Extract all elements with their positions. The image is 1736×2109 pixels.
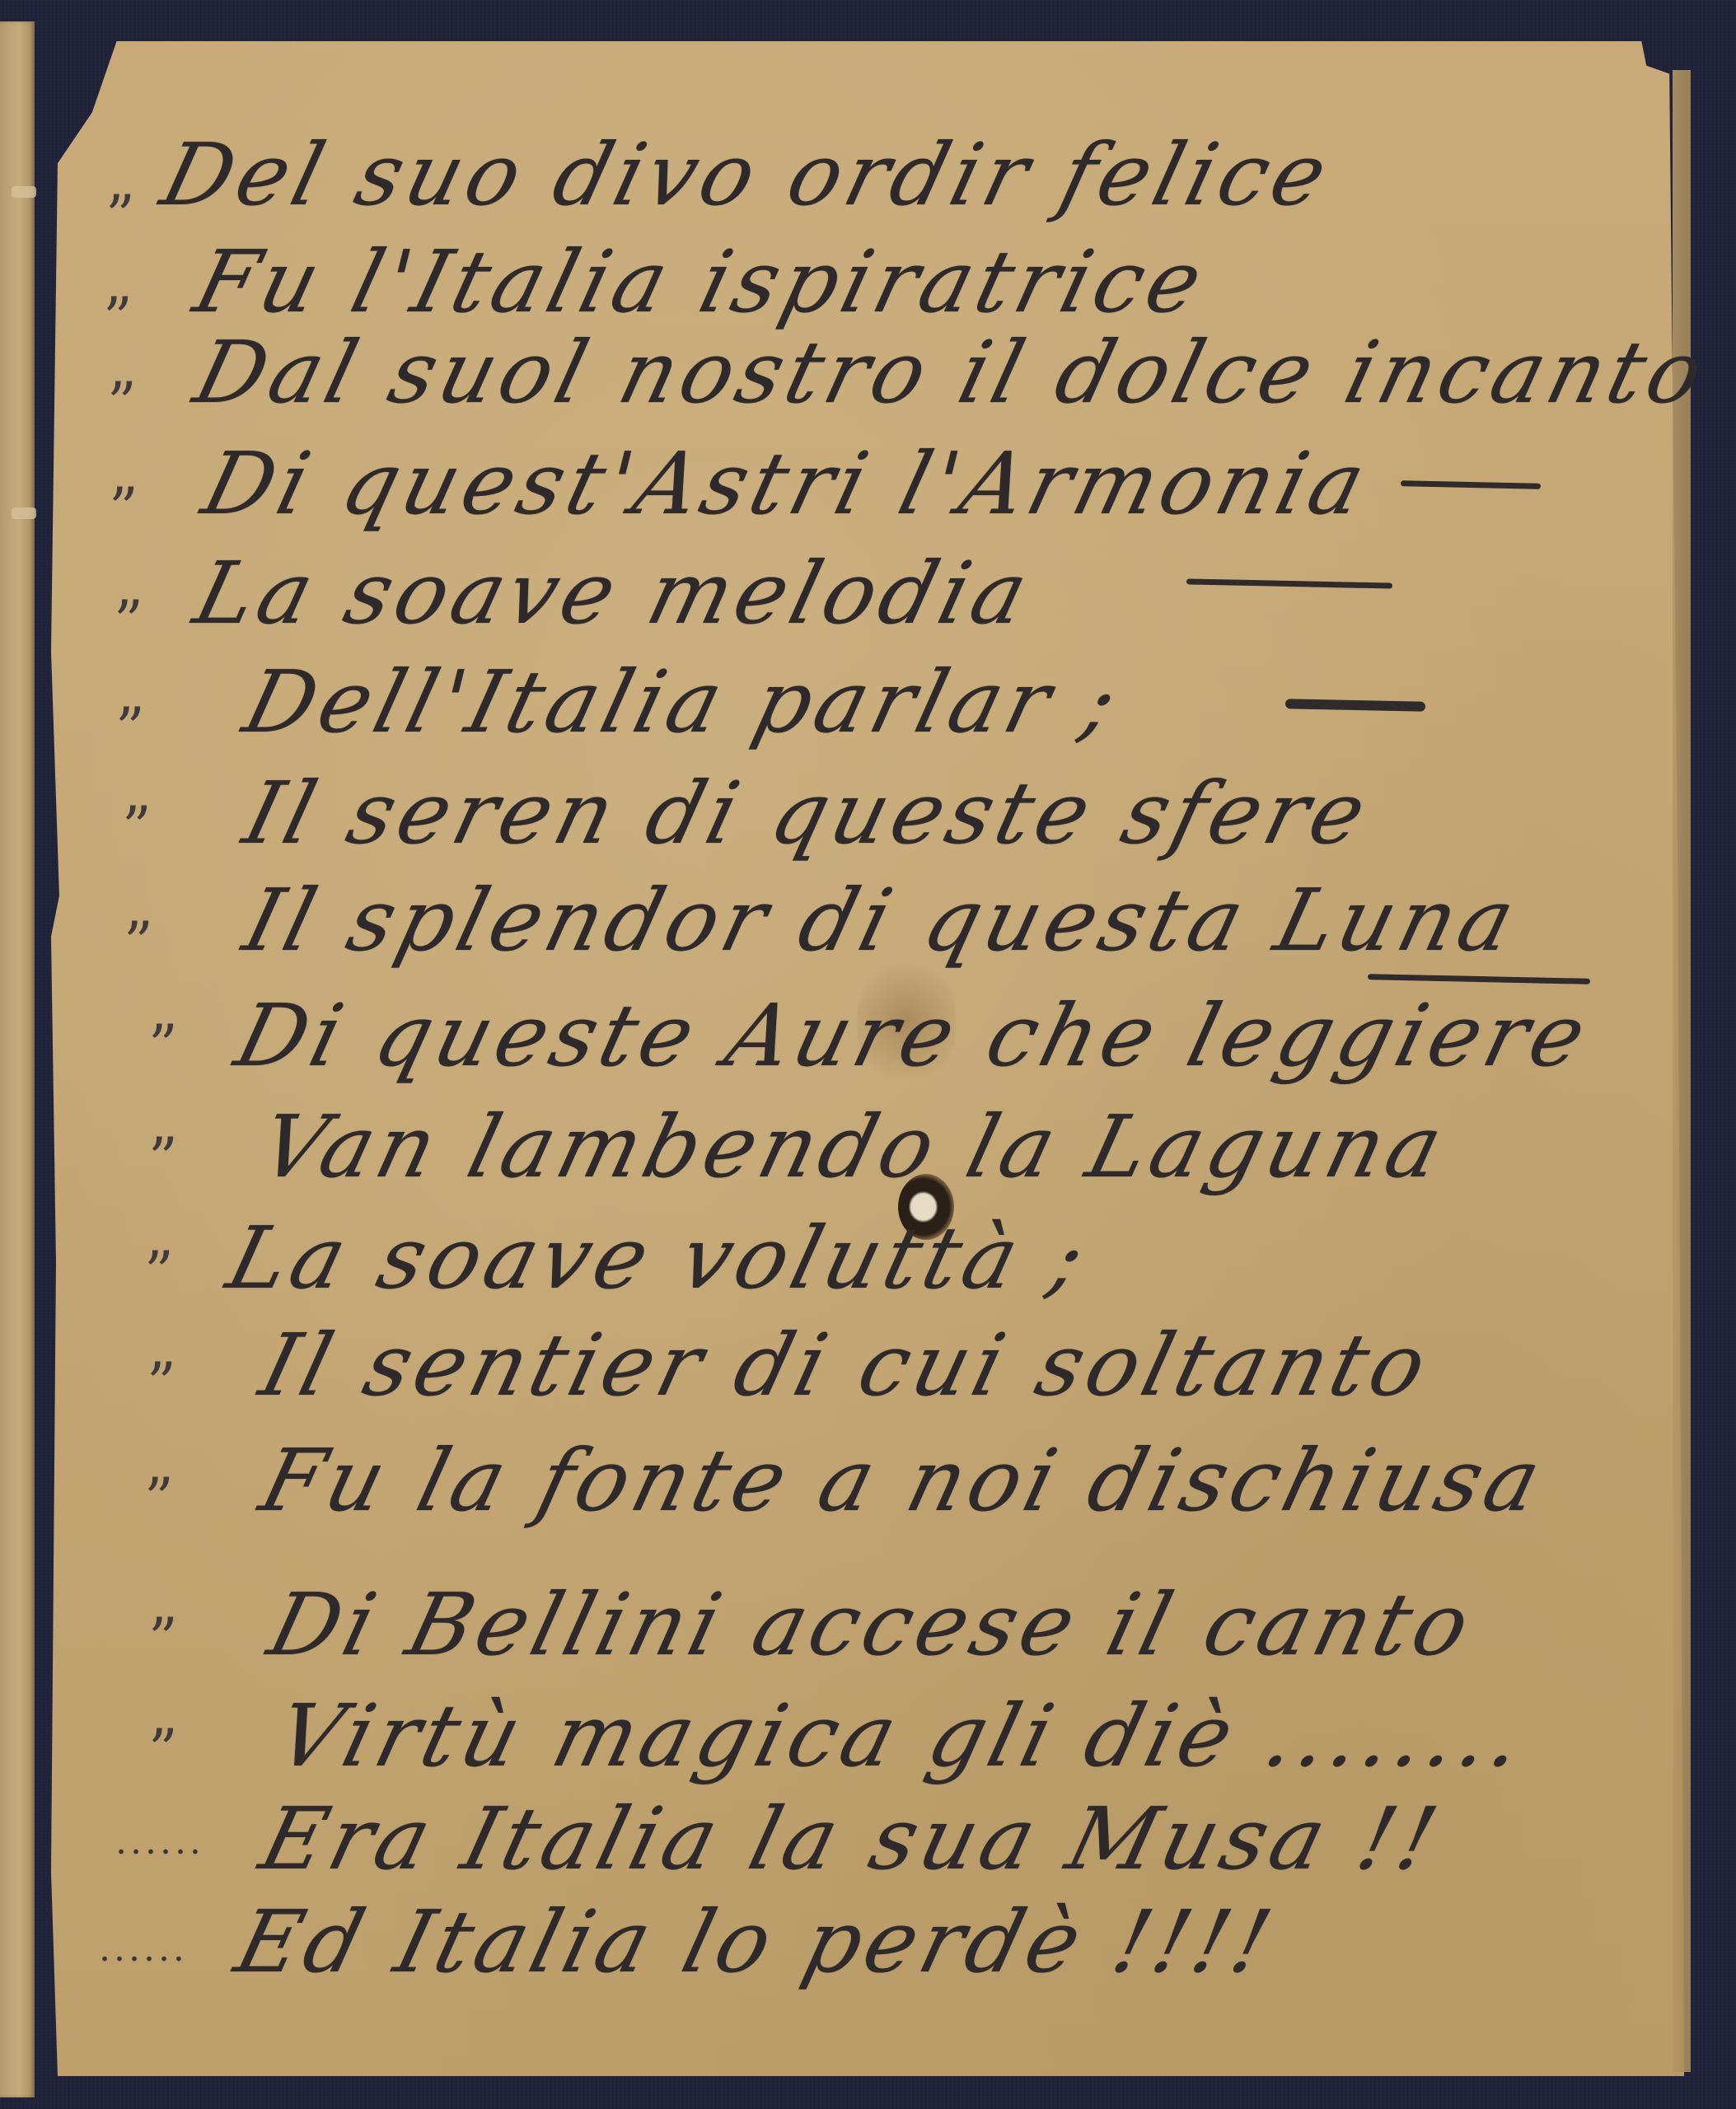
manuscript-line: Il splendor di questa Luna — [236, 877, 1527, 963]
manuscript-line: La soave voluttà ; — [220, 1215, 1097, 1301]
ditto-mark: ” — [144, 1244, 174, 1302]
manuscript-line: La soave melodia — [187, 550, 1040, 636]
manuscript-line: Dal suol nostro il dolce incanto — [187, 330, 1716, 415]
leading-dots: ...... — [99, 1928, 188, 1970]
leading-dots: ...... — [115, 1821, 204, 1863]
manuscript-line: Virtù magica gli diè ........ — [269, 1693, 1536, 1779]
manuscript-line: Fu l'Italia ispiratrice — [187, 239, 1214, 325]
ditto-mark: ” — [148, 1722, 178, 1779]
manuscript-line: Di queste Aure che leggiere — [228, 993, 1598, 1078]
ditto-mark: ” — [147, 1355, 176, 1413]
ditto-mark: ” — [124, 914, 153, 972]
manuscript-line: Van lambendo la Laguna — [253, 1104, 1455, 1190]
manuscript-line: Del suo divo ordir felice — [154, 132, 1340, 217]
ditto-mark: ” — [115, 700, 145, 758]
ditto-mark: ” — [103, 290, 133, 348]
ditto-mark: ” — [105, 188, 135, 246]
manuscript-line: Ed Italia lo perdè !!!! — [228, 1899, 1284, 1985]
ditto-mark: ” — [148, 1017, 178, 1075]
manuscript-line: Fu la fonte a noi dischiusa — [253, 1438, 1553, 1523]
manuscript-line: Di quest'Astri l'Armonia — [195, 441, 1378, 526]
ditto-mark: ” — [148, 1611, 178, 1668]
manuscript-line: Il sentier di cui soltanto — [253, 1322, 1439, 1408]
ditto-mark: ” — [114, 593, 143, 651]
ditto-mark: ” — [144, 1471, 174, 1528]
page-crease — [12, 507, 36, 519]
adjacent-page-edge — [0, 21, 35, 2097]
manuscript-line: Il seren di queste sfere — [236, 770, 1378, 856]
manuscript-line: Era Italia la sua Musa !! — [253, 1796, 1449, 1882]
ditto-mark: ” — [148, 1130, 178, 1188]
manuscript-line: Dell'Italia parlar ; — [236, 659, 1130, 745]
ditto-mark: ” — [122, 799, 152, 857]
ditto-mark: ” — [107, 375, 137, 433]
ditto-mark: ” — [109, 480, 138, 538]
page-crease — [12, 186, 36, 198]
manuscript-line: Di Bellini accese il canto — [261, 1582, 1482, 1667]
